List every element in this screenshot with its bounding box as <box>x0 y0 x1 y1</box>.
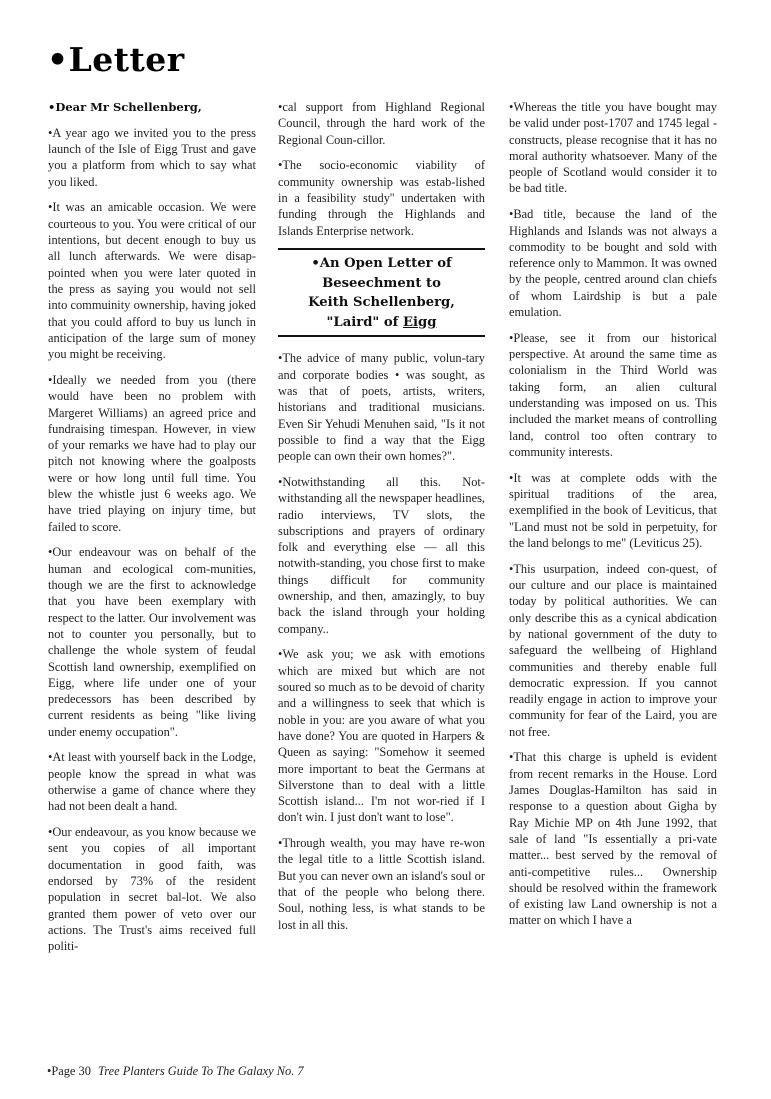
heading-underlined-text: Eigg <box>403 315 437 330</box>
paragraph: •This usurpation, indeed con-quest, of o… <box>509 561 717 740</box>
paragraph: •Our endeavour was on behalf of the huma… <box>48 544 256 740</box>
paragraph: •Whereas the title you have bought may b… <box>509 99 717 197</box>
article-column-3: •Whereas the title you have bought may b… <box>509 99 717 938</box>
publication-name: Tree Planters Guide To The Galaxy No. 7 <box>98 1064 304 1078</box>
heading-line: •An Open Letter of <box>278 254 485 274</box>
paragraph: •The advice of many public, volun-tary a… <box>278 350 485 464</box>
page-title: •Letter <box>47 38 185 82</box>
paragraph: •Please, see it from our historical pers… <box>509 330 717 460</box>
paragraph: •Our endeavour, as you know because we s… <box>48 824 256 954</box>
heading-line: Keith Schellenberg, <box>278 293 485 313</box>
paragraph: •Notwithstanding all this. Not-withstand… <box>278 474 485 637</box>
page-footer: •Page 30 Tree Planters Guide To The Gala… <box>47 1064 304 1079</box>
paragraph: •Through wealth, you may have re-won the… <box>278 835 485 933</box>
paragraph: •Bad title, because the land of the High… <box>509 206 717 320</box>
paragraph: •The socio-economic viability of communi… <box>278 157 485 238</box>
paragraph: •At least with yourself back in the Lodg… <box>48 749 256 814</box>
paragraph: •That this charge is upheld is evident f… <box>509 749 717 928</box>
paragraph: •We ask you; we ask with emotions which … <box>278 646 485 825</box>
open-letter-heading: •An Open Letter of Beseechment to Keith … <box>278 248 485 337</box>
paragraph: •A year ago we invited you to the press … <box>48 125 256 190</box>
paragraph: •cal support from Highland Regional Coun… <box>278 99 485 148</box>
article-column-2: •cal support from Highland Regional Coun… <box>278 99 485 942</box>
heading-text: "Laird" of <box>327 315 403 330</box>
paragraph: •Ideally we needed from you (there would… <box>48 372 256 535</box>
heading-line: Beseechment to <box>278 274 485 294</box>
heading-line-4: "Laird" of Eigg <box>278 313 485 333</box>
paragraph: •It was an amicable occasion. We were co… <box>48 199 256 362</box>
page-number: •Page 30 <box>47 1064 91 1078</box>
salutation: •Dear Mr Schellenberg, <box>48 99 256 115</box>
paragraph: •It was at complete odds with the spirit… <box>509 470 717 551</box>
article-column-1: •Dear Mr Schellenberg, •A year ago we in… <box>48 99 256 964</box>
